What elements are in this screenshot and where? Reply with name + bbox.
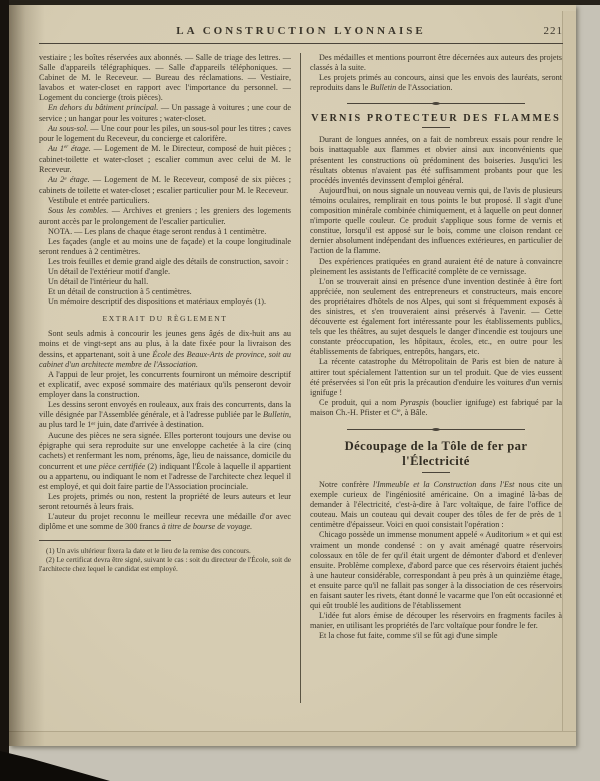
right-column: Des médailles et mentions pourront être … <box>310 53 562 642</box>
text-run: Vestibule et entrée particuliers. <box>48 196 149 205</box>
text-run: Chicago possède un immense monument appe… <box>310 530 562 610</box>
paragraph: Ce produit, qui a nom Pyraspis (bouclier… <box>310 398 562 419</box>
paragraph: Les dessins seront envoyés en rouleaux, … <box>39 400 291 431</box>
text-run: à titre de bourse de voyage. <box>162 522 253 531</box>
paragraph: Au 1er étage. — Logement de M. le Direct… <box>39 144 291 175</box>
column-divider-rule <box>300 53 301 703</box>
text-run: juin, date d'arrivée à destination. <box>95 420 204 429</box>
paragraph: Au 2e étage. — Logement de M. le Receveu… <box>39 175 291 196</box>
book-spine-edge <box>0 0 9 781</box>
paragraph: Aujourd'hui, on nous signale un nouveau … <box>310 186 562 257</box>
article-title: Découpage de la Tôle de fer par l'Électr… <box>310 439 562 469</box>
scanned-page-photo: LA CONSTRUCTION LYONNAISE 221 vestiaire … <box>0 0 600 781</box>
paragraph: NOTA. — Les plans de chaque étage seront… <box>39 227 291 237</box>
text-run: de l'Association. <box>396 83 452 92</box>
text-run: Les projets, primés ou non, restent la p… <box>39 492 291 511</box>
paragraph: Chicago possède un immense monument appe… <box>310 530 562 611</box>
text-run: L'idée fut alors émise de découper les r… <box>310 611 562 630</box>
text-run: Des médailles et mentions pourront être … <box>310 53 562 72</box>
text-run: Durant de longues années, on a fait de n… <box>310 135 562 184</box>
text-run: (2) Le certificat devra être signé, suiv… <box>39 555 291 573</box>
text-run: ie <box>397 408 401 414</box>
text-run: Les trois feuilles et demie grand aigle … <box>48 257 288 266</box>
header-rule <box>39 43 563 44</box>
paragraph: A l'appui de leur projet, les concurrent… <box>39 370 291 400</box>
paragraph: Vestibule et entrée particuliers. <box>39 196 291 206</box>
running-head: LA CONSTRUCTION LYONNAISE 221 <box>39 25 563 37</box>
paragraph: Notre confrère l'Immeuble et la Construc… <box>310 480 562 530</box>
paragraph: L'on se trouverait ainsi en présence d'u… <box>310 277 562 358</box>
paragraph: L'auteur du projet reconnu le meilleur r… <box>39 512 291 532</box>
scan-shadow-corner <box>0 751 110 781</box>
paragraph: Et un détail de construction à 5 centimè… <box>39 287 291 297</box>
text-run: Et la chose fut faite, comme s'il se fût… <box>319 631 497 640</box>
text-run: En dehors du bâtiment principal. <box>48 103 158 112</box>
text-run: , à Bâle. <box>401 408 428 417</box>
text-run: (1) Un avis ultérieur fixera la date et … <box>46 546 251 555</box>
text-run: L'on se trouverait ainsi en présence d'u… <box>310 277 562 357</box>
paragraph: La récente catastrophe du Métropolitain … <box>310 357 562 397</box>
text-run: une pièce certifiée <box>85 462 146 471</box>
divider-center-dot <box>432 428 440 431</box>
text-run: Un détail de l'extérieur motif d'angle. <box>48 267 170 276</box>
text-run: Aujourd'hui, on nous signale un nouveau … <box>310 186 562 256</box>
journal-title: LA CONSTRUCTION LYONNAISE <box>176 25 425 37</box>
text-run: Des expériences pratiquées en grand aura… <box>310 257 562 276</box>
page-stack-edge-bottom <box>9 731 576 746</box>
article-heading-block: VERNIS PROTECTEUR DES FLAMMES <box>310 113 562 128</box>
paragraph: Des expériences pratiquées en grand aura… <box>310 257 562 277</box>
text-run: vestiaire ; les boîtes réservées aux abo… <box>39 53 291 102</box>
heading-underline-rule <box>422 472 450 473</box>
swelled-rule-divider <box>347 428 525 431</box>
heading-underline-rule <box>422 127 450 128</box>
page: LA CONSTRUCTION LYONNAISE 221 vestiaire … <box>9 5 576 746</box>
text-run: Sous les combles. <box>48 206 108 215</box>
paragraph: Les trois feuilles et demie grand aigle … <box>39 257 291 267</box>
text-run: A l'appui de leur projet, les concurrent… <box>39 370 291 399</box>
page-number: 221 <box>544 25 564 37</box>
paragraph: Les projets primés au concours, ainsi qu… <box>310 73 562 93</box>
paragraph: Aucune des pièces ne sera signée. Elles … <box>39 431 291 492</box>
left-column: vestiaire ; les boîtes réservées aux abo… <box>39 53 291 573</box>
text-run: Bulletin <box>263 410 289 419</box>
text-run: Pyraspis <box>400 398 429 407</box>
text-run: er <box>64 144 68 150</box>
paragraph: Les projets, primés ou non, restent la p… <box>39 492 291 512</box>
paragraph: Sous les combles. — Archives et greniers… <box>39 206 291 226</box>
text-run: étage. <box>67 175 90 184</box>
article-title: VERNIS PROTECTEUR DES FLAMMES <box>310 113 562 124</box>
divider-center-dot <box>432 102 440 105</box>
text-run: e <box>64 176 66 182</box>
text-run: Au sous-sol. <box>48 124 88 133</box>
paragraph: Un détail de l'extérieur motif d'angle. <box>39 267 291 277</box>
text-run: l'Immeuble et la Construction dans l'Est <box>373 480 514 489</box>
text-run: Et un détail de construction à 5 centimè… <box>48 287 192 296</box>
section-subheading: EXTRAIT DU RÈGLEMENT <box>39 314 291 323</box>
paragraph: vestiaire ; les boîtes réservées aux abo… <box>39 53 291 103</box>
paragraph: Et la chose fut faite, comme s'il se fût… <box>310 631 562 641</box>
paragraph: Des médailles et mentions pourront être … <box>310 53 562 73</box>
footnote: (1) Un avis ultérieur fixera la date et … <box>39 546 291 555</box>
text-run: Bulletin <box>370 83 396 92</box>
page-stack-edge-right <box>562 11 576 746</box>
footnote-separator-rule <box>39 540 171 541</box>
paragraph: Les façades (angle et au moins une de fa… <box>39 237 291 257</box>
text-run: étage. <box>68 144 91 153</box>
paragraph: Un mémoire descriptif des dispositions e… <box>39 297 291 307</box>
article-heading-block: Découpage de la Tôle de fer par l'Électr… <box>310 439 562 473</box>
text-columns: vestiaire ; les boîtes réservées aux abo… <box>39 53 563 703</box>
text-run: Notre confrère <box>319 480 373 489</box>
text-run: Au 1 <box>48 144 64 153</box>
text-run: Les façades (angle et au moins une de fa… <box>39 237 291 256</box>
swelled-rule-divider <box>347 102 525 105</box>
page-content: LA CONSTRUCTION LYONNAISE 221 vestiaire … <box>39 25 563 703</box>
paragraph: Durant de longues années, on a fait de n… <box>310 135 562 185</box>
paragraph: Au sous-sol. — Une cour pour les piles, … <box>39 124 291 144</box>
text-run: Un détail de l'intérieur du hall. <box>48 277 148 286</box>
text-run: er <box>91 421 95 427</box>
footnote: (2) Le certificat devra être signé, suiv… <box>39 555 291 573</box>
text-run: Un mémoire descriptif des dispositions e… <box>48 297 266 306</box>
text-run: Les dessins seront envoyés en rouleaux, … <box>39 400 291 419</box>
paragraph: Un détail de l'intérieur du hall. <box>39 277 291 287</box>
text-run: La récente catastrophe du Métropolitain … <box>310 357 562 396</box>
text-run: NOTA. — Les plans de chaque étage seront… <box>48 227 266 236</box>
text-run: Au 2 <box>48 175 64 184</box>
paragraph: En dehors du bâtiment principal. — Un pa… <box>39 103 291 123</box>
text-run: Ce produit, qui a nom <box>319 398 400 407</box>
paragraph: L'idée fut alors émise de découper les r… <box>310 611 562 631</box>
paragraph: Sont seuls admis à concourir les jeunes … <box>39 329 291 369</box>
